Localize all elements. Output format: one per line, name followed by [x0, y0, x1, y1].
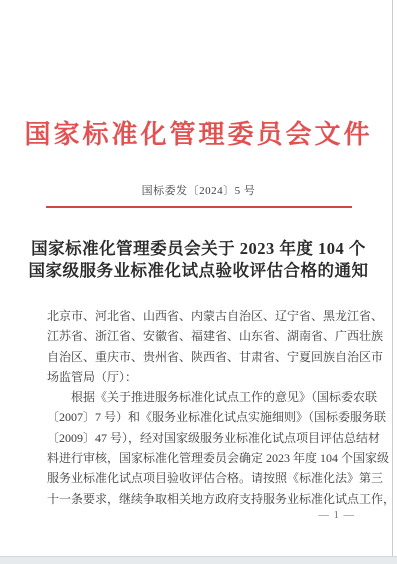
body-line: 〔2007〕7 号）和《服务业标准化试点实施细则》（国标委服务联 — [47, 407, 352, 427]
body-line: 自治区、重庆市、贵州省、陕西省、甘肃省、宁夏回族自治区市 — [47, 347, 352, 367]
body-line: 北京市、河北省、山西省、内蒙古自治区、辽宁省、黑龙江省、 — [47, 306, 352, 326]
body-line: 料进行审核，国家标准化管理委员会确定 2023 年度 104 个国家级 — [47, 448, 352, 468]
document-body: 北京市、河北省、山西省、内蒙古自治区、辽宁省、黑龙江省、 江苏省、浙江省、安徽省… — [47, 306, 352, 509]
red-divider-rule — [46, 206, 352, 208]
document-title: 国家标准化管理委员会关于 2023 年度 104 个 国家级服务业标准化试点验收… — [0, 238, 397, 282]
body-line: 根据《关于推进服务标准化试点工作的意见》（国标委农联 — [47, 387, 352, 407]
scan-edge-right — [392, 0, 393, 564]
document-title-line-1: 国家标准化管理委员会关于 2023 年度 104 个 — [0, 238, 397, 260]
page-number: — 1 — — [319, 510, 356, 521]
scan-edge-bottom — [0, 556, 397, 564]
document-title-line-2: 国家级服务业标准化试点验收评估合格的通知 — [0, 260, 397, 282]
body-line: 服务业标准化试点项目验收评估合格。请按照《标准化法》第三 — [47, 468, 352, 488]
document-reference-number: 国标委发〔2024〕5 号 — [0, 182, 397, 198]
body-line: 江苏省、浙江省、安徽省、福建省、山东省、湖南省、广西壮族 — [47, 326, 352, 346]
body-line: 〔2009〕47 号），经对国家级服务业标准化试点项目评估总结材 — [47, 428, 352, 448]
body-line: 十一条要求，继续争取相关地方政府支持服务业标准化试点工作， — [47, 489, 352, 509]
scanned-document-page: 国家标准化管理委员会文件 国标委发〔2024〕5 号 国家标准化管理委员会关于 … — [0, 0, 397, 564]
body-line: 场监管局（厅）： — [47, 367, 352, 387]
letterhead-title: 国家标准化管理委员会文件 — [0, 114, 397, 151]
